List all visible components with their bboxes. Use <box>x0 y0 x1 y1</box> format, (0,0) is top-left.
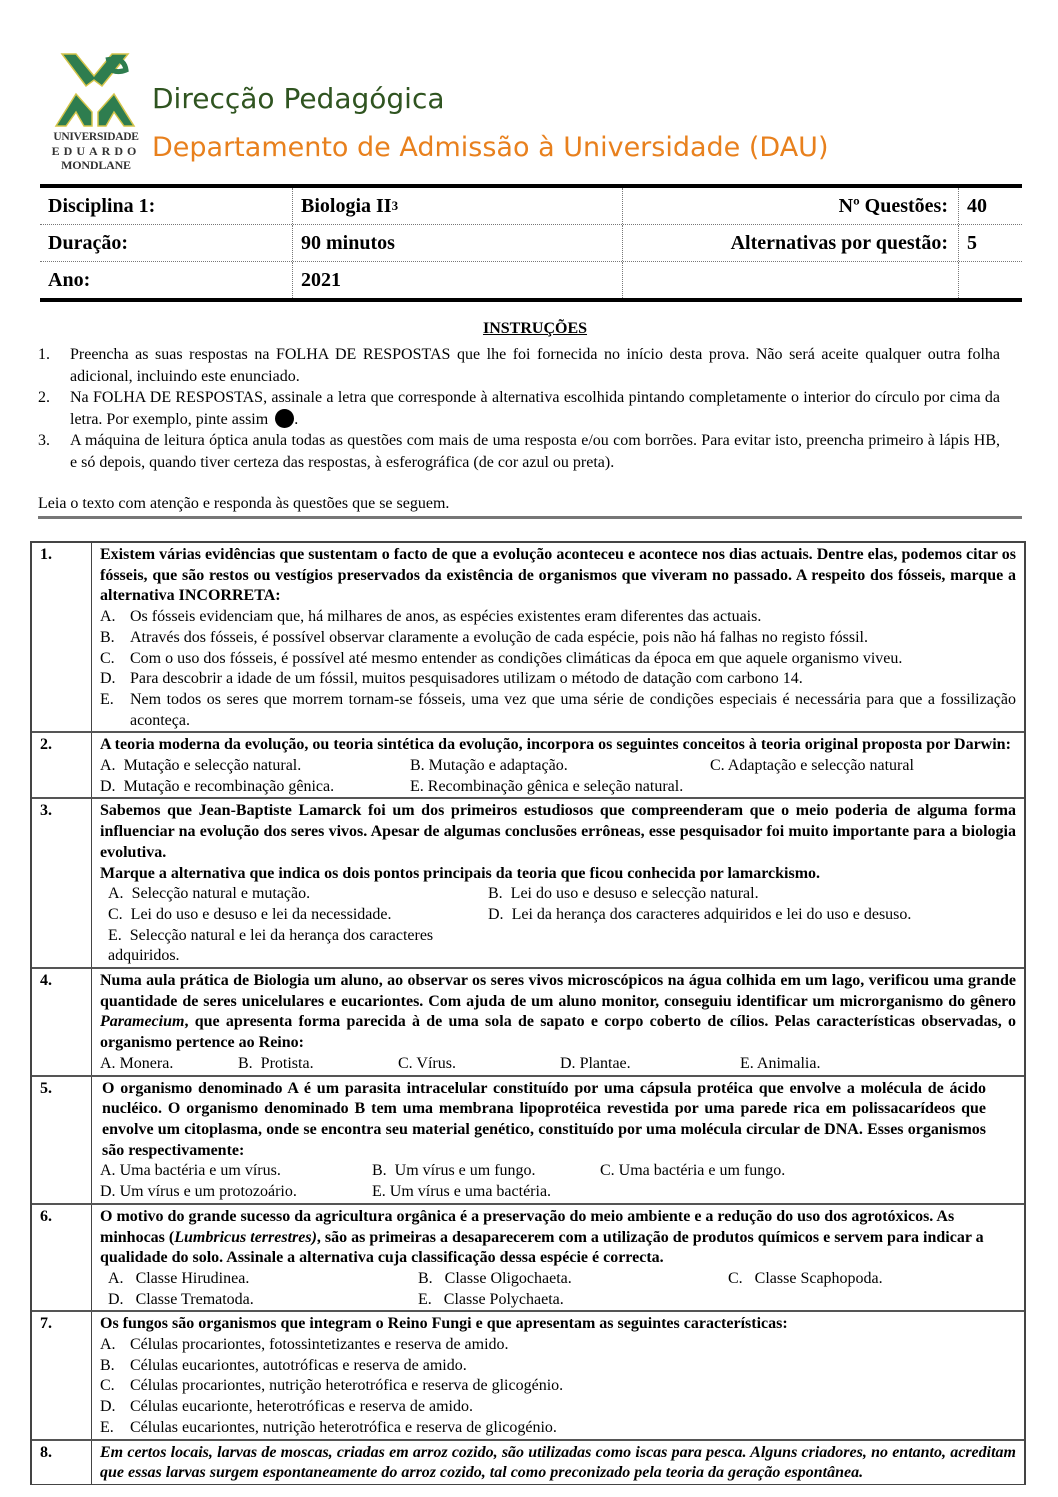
option-letter: E. <box>100 1418 130 1439</box>
option-text: Células eucariontes, nutrição heterotróf… <box>130 1418 1016 1439</box>
option-letter: C. <box>728 1270 743 1287</box>
option-text: Monera. <box>120 1055 174 1072</box>
option-text: Para descobrir a idade de um fóssil, mui… <box>130 669 1016 690</box>
option-e[interactable]: E. Selecção natural e lei da herança dos… <box>108 926 488 967</box>
question-number: 6. <box>32 1205 92 1311</box>
option-letter: A. <box>108 1270 124 1287</box>
option-d[interactable]: D. Mutação e recombinação gênica. <box>100 777 410 798</box>
option-e[interactable]: E.Células eucariontes, nutrição heterotr… <box>100 1418 1016 1439</box>
option-c[interactable]: C.Células procariontes, nutrição heterot… <box>100 1376 1016 1397</box>
question-stem: A teoria moderna da evolução, ou teoria … <box>100 735 1016 756</box>
option-letter: D. <box>560 1055 576 1072</box>
year-value: 2021 <box>292 262 622 298</box>
questions-table: 1. Existem várias evidências que sustent… <box>30 541 1026 1485</box>
discipline-subscript: 3 <box>392 198 399 214</box>
instruction-text: Preencha as suas respostas na FOLHA DE R… <box>70 344 1000 387</box>
university-emblem-icon <box>54 50 136 128</box>
option-text: Uma bactéria e um vírus. <box>120 1162 281 1179</box>
option-letter: C. <box>108 906 123 923</box>
option-d[interactable]: D.Para descobrir a idade de um fóssil, m… <box>100 669 1016 690</box>
header-subtitle: Departamento de Admissão à Universidade … <box>152 132 828 163</box>
stem-text: , que apresenta forma parecida à de uma … <box>100 1013 1016 1051</box>
question-stem: O motivo do grande sucesso da agricultur… <box>100 1207 1016 1269</box>
option-text: Uma bactéria e um fungo. <box>619 1162 786 1179</box>
info-row-discipline: Disciplina 1: Biologia II3 Nº Questões: … <box>40 188 1022 225</box>
option-text: Através dos fósseis, é possível observar… <box>130 628 1016 649</box>
option-d[interactable]: D. Classe Trematoda. <box>108 1290 418 1311</box>
option-text: Animalia. <box>757 1055 821 1072</box>
info-row-duration: Duração: 90 minutos Alternativas por que… <box>40 225 1022 262</box>
option-text: Selecção natural e mutação. <box>132 885 311 902</box>
option-e[interactable]: E. Recombinação gênica e seleção natural… <box>410 777 710 798</box>
option-c[interactable]: C.Com o uso dos fósseis, é possível até … <box>100 649 1016 670</box>
option-c[interactable]: C. Uma bactéria e um fungo. <box>600 1161 1016 1182</box>
option-text: Os fósseis evidenciam que, há milhares d… <box>130 607 1016 628</box>
question-number: 7. <box>32 1312 92 1438</box>
option-letter: B. <box>410 757 425 774</box>
option-text: Adaptação e selecção natural <box>728 757 914 774</box>
instruction-item: 1. Preencha as suas respostas na FOLHA D… <box>38 344 1000 387</box>
genus-name: Paramecium <box>100 1013 184 1030</box>
question-number: 1. <box>32 543 92 731</box>
option-text: Plantae. <box>580 1055 631 1072</box>
option-letter: C. <box>710 757 725 774</box>
discipline-label: Disciplina 1: <box>40 195 292 218</box>
option-a[interactable]: A. Mutação e selecção natural. <box>100 756 410 777</box>
option-text: Lei do uso e desuso e selecção natural. <box>511 885 759 902</box>
reading-instruction: Leia o texto com atenção e responda às q… <box>38 495 449 513</box>
option-d[interactable]: D. Lei da herança dos caracteres adquiri… <box>488 905 1016 926</box>
option-a[interactable]: A. Classe Hirudinea. <box>108 1269 418 1290</box>
option-text: Selecção natural e lei da herança dos ca… <box>108 927 433 965</box>
option-b[interactable]: B. Mutação e adaptação. <box>410 756 710 777</box>
instruction-text: A máquina de leitura óptica anula todas … <box>70 430 1000 473</box>
empty-cell <box>622 262 958 298</box>
option-letter: C. <box>398 1055 413 1072</box>
option-letter: D. <box>100 1397 130 1418</box>
option-c[interactable]: C. Lei do uso e desuso e lei da necessid… <box>108 905 488 926</box>
instruction-number: 3. <box>38 430 70 473</box>
instruction-text-body: Na FOLHA DE RESPOSTAS, assinale a letra … <box>70 389 1000 428</box>
instruction-number: 2. <box>38 387 70 430</box>
option-letter: E. <box>108 927 122 944</box>
university-logo: UNIVERSIDADE EDUARDO MONDLANE <box>50 50 140 175</box>
alternatives-label: Alternativas por questão: <box>622 225 958 261</box>
option-text: Mutação e recombinação gênica. <box>124 778 335 795</box>
exam-info-table: Disciplina 1: Biologia II3 Nº Questões: … <box>40 184 1022 302</box>
instruction-item: 2. Na FOLHA DE RESPOSTAS, assinale a let… <box>38 387 1000 430</box>
option-e[interactable]: E. Animalia. <box>740 1054 1016 1075</box>
option-text: Classe Polychaeta. <box>444 1291 564 1308</box>
option-text: Um vírus e um fungo. <box>395 1162 536 1179</box>
question-7: 7. Os fungos são organismos que integram… <box>32 1312 1024 1440</box>
duration-label: Duração: <box>40 232 292 255</box>
option-text: Células procariontes, fotossintetizantes… <box>130 1335 1016 1356</box>
option-letter: C. <box>100 1376 130 1397</box>
option-b[interactable]: B.Através dos fósseis, é possível observ… <box>100 628 1016 649</box>
option-letter: E. <box>410 778 424 795</box>
option-a[interactable]: A.Células procariontes, fotossintetizant… <box>100 1335 1016 1356</box>
option-letter: E. <box>100 690 130 731</box>
instruction-item: 3. A máquina de leitura óptica anula tod… <box>38 430 1000 473</box>
questions-value: 40 <box>958 188 1022 224</box>
question-number: 8. <box>32 1441 92 1484</box>
option-d[interactable]: D. Plantae. <box>560 1054 740 1075</box>
option-letter: D. <box>108 1291 124 1308</box>
option-c[interactable]: C. Classe Scaphopoda. <box>728 1269 1016 1290</box>
option-text: Com o uso dos fósseis, é possível até me… <box>130 649 1016 670</box>
filled-circle-icon <box>275 409 294 428</box>
option-letter: A. <box>100 607 130 628</box>
duration-value: 90 minutos <box>292 225 622 261</box>
option-letter: C. <box>100 649 130 670</box>
question-stem: Em certos locais, larvas de moscas, cria… <box>100 1443 1016 1484</box>
option-letter: D. <box>100 1183 116 1200</box>
option-text: Lei do uso e desuso e lei da necessidade… <box>131 906 392 923</box>
question-3: 3. Sabemos que Jean-Baptiste Lamarck foi… <box>32 799 1024 969</box>
discipline-value: Biologia II3 <box>292 188 622 224</box>
question-number: 3. <box>32 799 92 967</box>
option-b[interactable]: B. Protista. <box>238 1054 398 1075</box>
discipline-name: Biologia II <box>301 195 392 218</box>
header-title: Direcção Pedagógica <box>152 82 445 115</box>
species-name: Lumbricus terrestres) <box>174 1229 317 1246</box>
option-letter: B. <box>418 1270 433 1287</box>
instruction-text-end: . <box>294 411 298 428</box>
option-text: Células eucarionte, heterotróficas e res… <box>130 1397 1016 1418</box>
option-e[interactable]: E. Um vírus e uma bactéria. <box>372 1182 600 1203</box>
option-text: Classe Scaphopoda. <box>755 1270 883 1287</box>
question-5: 5. O organismo denominado A é um parasit… <box>32 1077 1024 1205</box>
option-text: Lei da herança dos caracteres adquiridos… <box>512 906 912 923</box>
question-6: 6. O motivo do grande sucesso da agricul… <box>32 1205 1024 1313</box>
option-letter: A. <box>100 757 116 774</box>
option-a[interactable]: A. Monera. <box>100 1054 238 1075</box>
question-stem: O organismo denominado A é um parasita i… <box>100 1079 1016 1162</box>
logo-line-3: MONDLANE <box>50 158 142 172</box>
question-prompt: Marque a alternativa que indica os dois … <box>100 864 1016 885</box>
logo-line-1: UNIVERSIDADE <box>50 130 142 144</box>
option-letter: A. <box>100 1055 116 1072</box>
option-b[interactable]: B. Classe Oligochaeta. <box>418 1269 728 1290</box>
option-text: Nem todos os seres que morrem tornam-se … <box>130 690 1016 731</box>
option-d[interactable]: D.Células eucarionte, heterotróficas e r… <box>100 1397 1016 1418</box>
option-a[interactable]: A. Uma bactéria e um vírus. <box>100 1161 372 1182</box>
option-text: Um vírus e uma bactéria. <box>390 1183 551 1200</box>
option-text: Células procariontes, nutrição heterotró… <box>130 1376 1016 1397</box>
option-e[interactable]: E. Classe Polychaeta. <box>418 1290 728 1311</box>
option-letter: A. <box>100 1335 130 1356</box>
option-letter: B. <box>238 1055 253 1072</box>
option-e[interactable]: E.Nem todos os seres que morrem tornam-s… <box>100 690 1016 731</box>
option-text: Mutação e adaptação. <box>429 757 568 774</box>
option-text: Vírus. <box>416 1055 456 1072</box>
option-text: Um vírus e um protozoário. <box>120 1183 297 1200</box>
question-stem: Os fungos são organismos que integram o … <box>100 1314 1016 1335</box>
option-letter: D. <box>100 778 116 795</box>
option-d[interactable]: D. Um vírus e um protozoário. <box>100 1182 372 1203</box>
option-c[interactable]: C. Vírus. <box>398 1054 560 1075</box>
option-c[interactable]: C. Adaptação e selecção natural <box>710 756 1016 777</box>
option-letter: E. <box>372 1183 386 1200</box>
empty-cell <box>958 262 1022 298</box>
questions-label: Nº Questões: <box>622 188 958 224</box>
option-letter: C. <box>600 1162 615 1179</box>
question-stem: Numa aula prática de Biologia um aluno, … <box>100 971 1016 1054</box>
question-number: 4. <box>32 969 92 1075</box>
info-row-year: Ano: 2021 <box>40 262 1022 298</box>
question-number: 2. <box>32 733 92 797</box>
option-text: Mutação e selecção natural. <box>124 757 302 774</box>
question-1: 1. Existem várias evidências que sustent… <box>32 543 1024 733</box>
option-letter: D. <box>100 669 130 690</box>
option-letter: B. <box>100 628 130 649</box>
option-a[interactable]: A. Selecção natural e mutação. <box>108 884 488 905</box>
option-letter: E. <box>740 1055 754 1072</box>
question-stem: Existem várias evidências que sustentam … <box>100 545 1016 607</box>
question-number: 5. <box>32 1077 92 1203</box>
alternatives-value: 5 <box>958 225 1022 261</box>
option-text: Classe Oligochaeta. <box>445 1270 572 1287</box>
option-letter: B. <box>488 885 503 902</box>
instructions-title: INSTRUÇÕES <box>0 320 1058 338</box>
question-stem: Sabemos que Jean-Baptiste Lamarck foi um… <box>100 801 1016 863</box>
question-8: 8. Em certos locais, larvas de moscas, c… <box>32 1441 1024 1484</box>
option-b[interactable]: B. Lei do uso e desuso e selecção natura… <box>488 884 1016 905</box>
divider <box>38 516 1022 519</box>
option-letter: A. <box>108 885 124 902</box>
option-text: Classe Hirudinea. <box>136 1270 250 1287</box>
option-letter: B. <box>100 1356 130 1377</box>
option-letter: B. <box>372 1162 387 1179</box>
option-text: Células eucariontes, autotróficas e rese… <box>130 1356 1016 1377</box>
option-a[interactable]: A.Os fósseis evidenciam que, há milhares… <box>100 607 1016 628</box>
option-letter: E. <box>418 1291 432 1308</box>
question-4: 4. Numa aula prática de Biologia um alun… <box>32 969 1024 1077</box>
logo-line-2: EDUARDO <box>50 144 142 158</box>
instruction-text: Na FOLHA DE RESPOSTAS, assinale a letra … <box>70 387 1000 430</box>
stem-text: Numa aula prática de Biologia um aluno, … <box>100 972 1016 1010</box>
option-letter: D. <box>488 906 504 923</box>
instruction-number: 1. <box>38 344 70 387</box>
option-b[interactable]: B. Um vírus e um fungo. <box>372 1161 600 1182</box>
option-text: Classe Trematoda. <box>136 1291 254 1308</box>
option-b[interactable]: B.Células eucariontes, autotróficas e re… <box>100 1356 1016 1377</box>
option-text: Protista. <box>261 1055 314 1072</box>
instructions-list: 1. Preencha as suas respostas na FOLHA D… <box>38 344 1000 473</box>
year-label: Ano: <box>40 269 292 292</box>
option-letter: A. <box>100 1162 116 1179</box>
option-text: Recombinação gênica e seleção natural. <box>428 778 683 795</box>
question-2: 2. A teoria moderna da evolução, ou teor… <box>32 733 1024 799</box>
